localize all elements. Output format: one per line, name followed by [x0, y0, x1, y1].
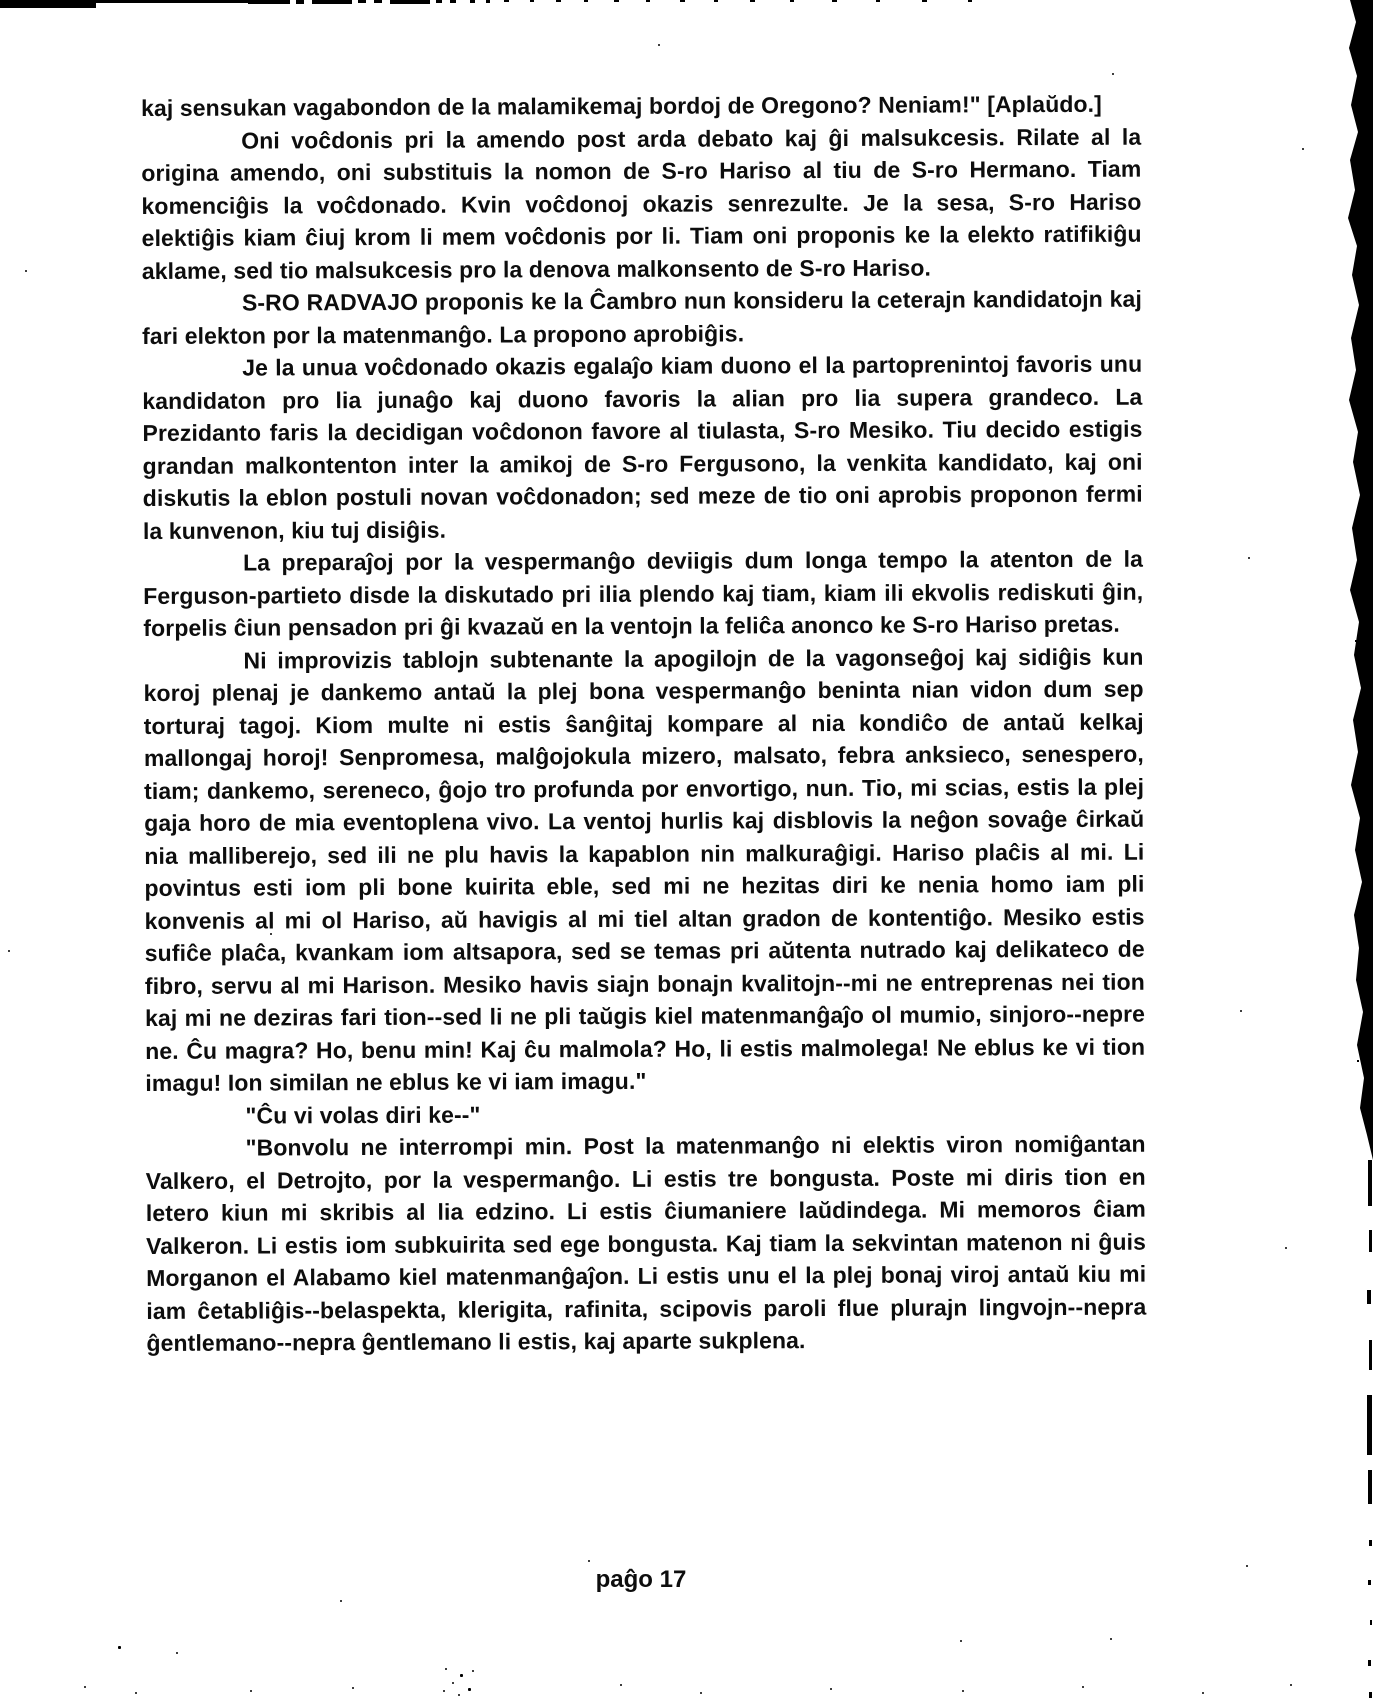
page-number: paĝo 17	[141, 1566, 1141, 1594]
text-block: kaj sensukan vagabondon de la malamikema…	[141, 88, 1147, 1360]
scanned-book-page: kaj sensukan vagabondon de la malamikema…	[0, 0, 1373, 1701]
paragraph: kaj sensukan vagabondon de la malamikema…	[141, 88, 1141, 125]
paragraph: "Ĉu vi volas diri ke--"	[145, 1095, 1145, 1132]
paragraph: Ni improvizis tablojn subtenante la apog…	[143, 640, 1145, 1099]
paragraph: Je la unua voĉdonado okazis egalaĵo kiam…	[142, 348, 1143, 547]
scan-artifact-right-edge	[1345, 0, 1373, 1701]
paragraph: La preparaĵoj por la vespermanĝo deviigi…	[143, 543, 1143, 645]
paragraph: "Bonvolu ne interrompi min. Post la mate…	[146, 1128, 1147, 1360]
paragraph: S-RO RADVAJO proponis ke la Ĉambro nun k…	[142, 283, 1142, 352]
paragraph: Oni voĉdonis pri la amendo post arda deb…	[141, 120, 1142, 287]
